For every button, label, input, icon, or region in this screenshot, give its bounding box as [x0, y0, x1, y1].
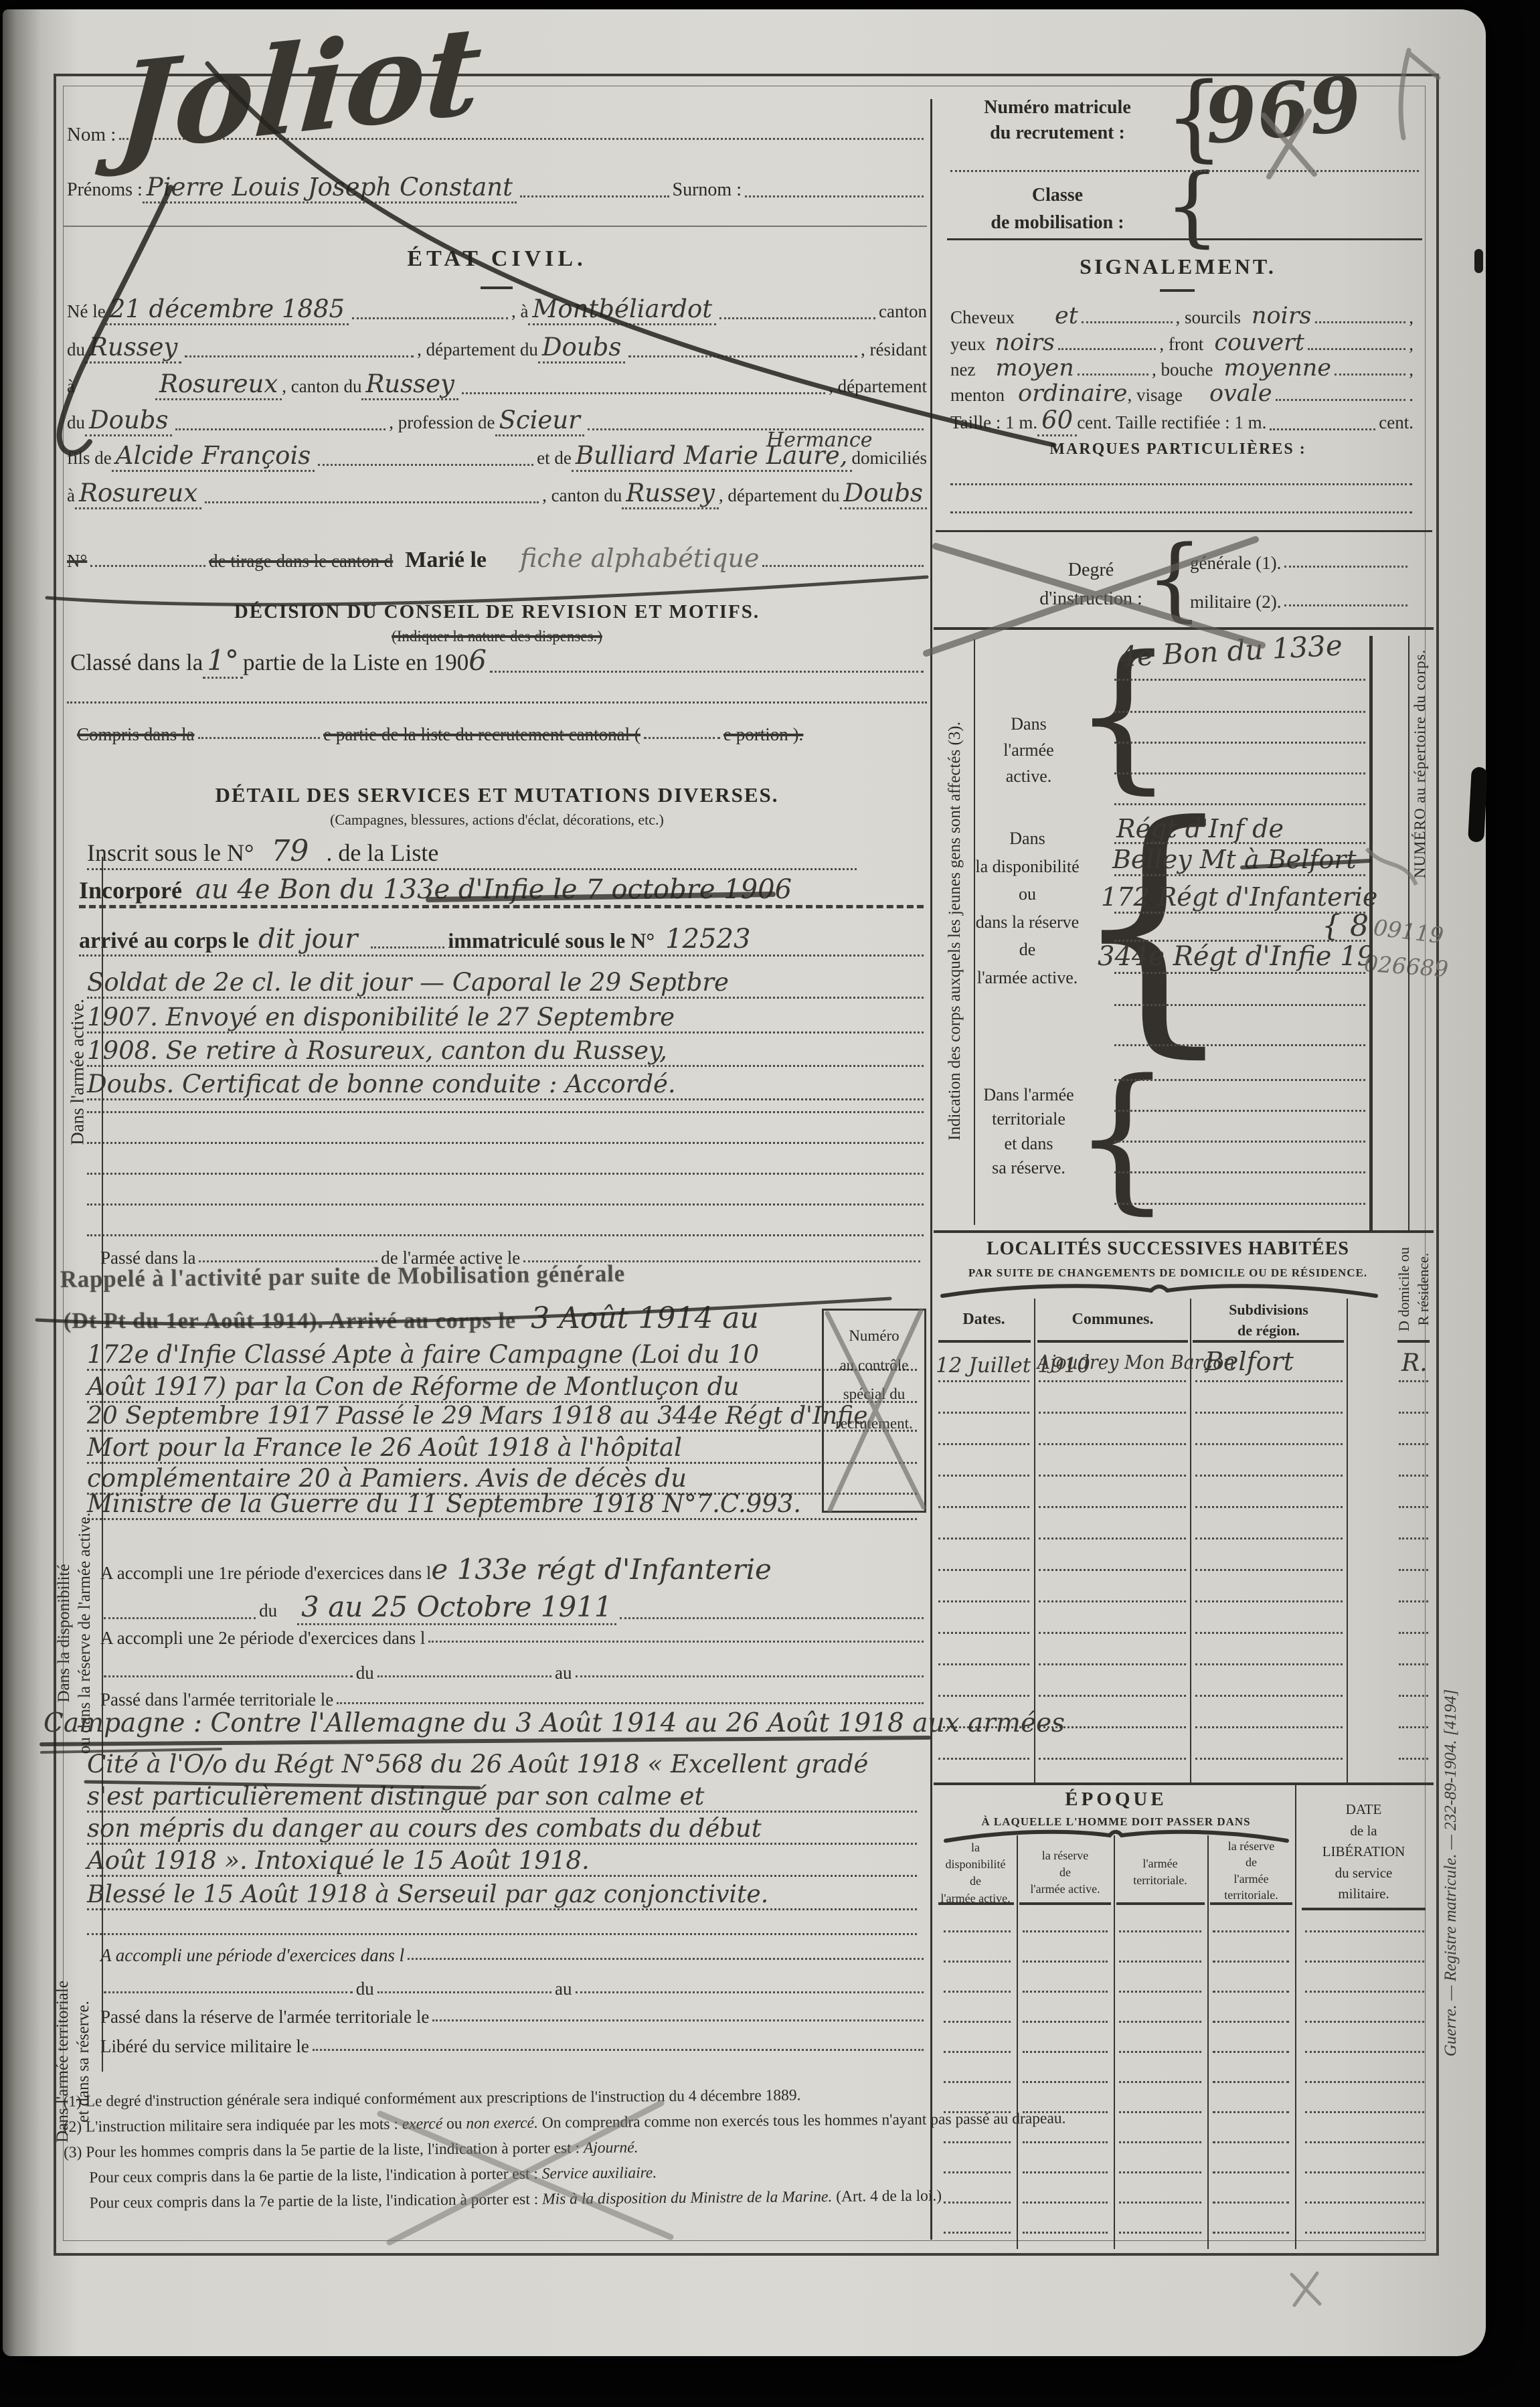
text: Service auxiliaire. [542, 2164, 657, 2182]
father-name: Alcide François [112, 441, 315, 472]
comma: , [1409, 334, 1414, 355]
periode2-dates-row: du au [100, 1663, 927, 1683]
dotted-rule [90, 562, 205, 567]
dotted-rule [104, 1614, 256, 1619]
text: non exercé. [466, 2114, 538, 2133]
mobilisation-stamp: Rappelé à l'activité par suite de Mobili… [60, 1259, 625, 1293]
rule [102, 857, 103, 2072]
dotted-rule [1023, 2051, 1108, 2053]
title-dash [1160, 289, 1195, 292]
incorpore-row: Incorporé au 4e Bon du 133e d'Infie le 7… [79, 874, 924, 908]
label: Passé dans la réserve de l'armée territo… [100, 2007, 429, 2027]
rule [1019, 1902, 1111, 1905]
dotted-rule [628, 353, 857, 357]
periode2-row: A accompli une 2e période d'exercices da… [100, 1628, 927, 1649]
hand-line: 20 Septembre 1917 Passé le 29 Mars 1918 … [87, 1402, 917, 1432]
signalement-title: SIGNALEMENT. [934, 254, 1422, 279]
dotted-rule [1119, 1991, 1201, 1993]
dotted-rule [1195, 1443, 1343, 1445]
dotted-rule [644, 734, 720, 739]
birth-place: Montbéliardot [528, 295, 716, 325]
epoque-subtitle: À LAQUELLE L'HOMME DOIT PASSER DANS [937, 1815, 1295, 1829]
flat-brace-ornament [938, 1281, 1380, 1299]
dotted-rule [1284, 602, 1407, 606]
liste-partie-value: 1° [203, 644, 243, 679]
dotted-rule [1114, 1079, 1365, 1081]
dotted-rule [1213, 2111, 1289, 2113]
localites-title: LOCALITÉS SUCCESSIVES HABITÉES [937, 1238, 1399, 1260]
dotted-rule [87, 1933, 917, 1935]
rule [938, 1340, 1031, 1343]
label: immatriculé sous le N° [448, 928, 655, 953]
dotted-rule [944, 2202, 1011, 2204]
label: , profession de [389, 412, 495, 433]
periode3-dates-row: du au [100, 1979, 927, 1999]
dotted-rule [87, 1234, 924, 1236]
brace: { [1322, 909, 1341, 943]
bouche-label: , bouche [1152, 359, 1213, 380]
decision-title: DÉCISION DU CONSEIL DE REVISION ET MOTIF… [67, 601, 927, 623]
dotted-rule [1114, 972, 1365, 974]
dotted-rule [938, 1475, 1029, 1477]
decision-subtitle: (Indiquer la nature des dispenses.) [67, 628, 927, 645]
dotted-rule [1335, 371, 1405, 376]
matricule-value: 969 [1201, 60, 1365, 161]
dotted-rule [87, 1173, 924, 1175]
dotted-rule [1305, 2141, 1424, 2143]
campagne-line: Campagne : Contre l'Allemagne du 3 Août … [44, 1708, 1065, 1738]
dotted-rule [1114, 711, 1365, 713]
citation-line: s'est particulièrement distingué par son… [87, 1782, 917, 1813]
dotted-rule [944, 2171, 1011, 2173]
dotted-rule [944, 2021, 1011, 2023]
dotted-rule [1195, 1632, 1343, 1634]
dotted-rule [944, 2141, 1011, 2143]
value: 8 [1350, 909, 1369, 943]
ec-line-3: à Rosureux , canton du Russey , départem… [67, 369, 927, 400]
dotted-rule [87, 1142, 924, 1144]
dotted-rule [1058, 345, 1156, 350]
militaire-label: militaire (2). [1190, 592, 1281, 612]
dotted-rule [938, 1600, 1029, 1602]
dotted-rule [1114, 912, 1365, 914]
corps-dispo-value-1: Régt d'Inf de [1116, 814, 1284, 843]
label: Dans la disponibilité [55, 1564, 73, 1703]
bouche-value: moyenne [1223, 355, 1331, 382]
ec-line-1: Né le 21 décembre 1885 , à Montbéliardot… [67, 295, 927, 325]
printer-imprint-vertical: Guerre. — Registre matricule. — 232-89-1… [1442, 1505, 1460, 2241]
arrivee-value: dit jour [258, 924, 358, 954]
rule [1295, 1782, 1296, 2249]
comma: , [1409, 307, 1414, 328]
dotted-rule [1119, 2171, 1201, 2173]
dotted-rule [1114, 874, 1365, 876]
dotted-rule [1114, 940, 1365, 942]
dotted-rule [944, 1991, 1011, 1993]
rule [934, 1782, 1434, 1785]
rappel-date-value: 3 Août 1914 au [531, 1301, 759, 1335]
label: e portion ). [723, 724, 803, 745]
marie-label: Marié le [405, 548, 487, 573]
dotted-rule [944, 2051, 1011, 2053]
matricule-label: Numéro matricule du recrutement : [954, 95, 1161, 146]
periode1-dates-row: du 3 au 25 Octobre 1911 [100, 1590, 927, 1625]
periode3-row: A accompli une période d'exercices dans … [100, 1945, 927, 1966]
label: du [67, 412, 85, 433]
dotted-rule [1213, 2141, 1289, 2143]
dotted-rule [1195, 1475, 1343, 1477]
label: et de [537, 448, 572, 469]
dotted-rule [1213, 1991, 1289, 1993]
sourcils-label: , sourcils [1176, 307, 1242, 328]
dotted-rule [1284, 563, 1407, 568]
ec-line-2: du Russey , département du Doubs , résid… [67, 333, 927, 363]
text: Pour ceux compris dans la 6e partie de l… [89, 2165, 542, 2187]
departement-value: Doubs [840, 479, 927, 509]
passe-territoriale-row: Passé dans l'armée territoriale le [100, 1689, 927, 1710]
yeux-label: yeux [950, 334, 985, 355]
localites-subtitle: PAR SUITE DE CHANGEMENTS DE DOMICILE OU … [937, 1266, 1399, 1280]
dotted-rule [1213, 1930, 1289, 1932]
dotted-rule [944, 2081, 1011, 2083]
dotted-rule [1305, 2111, 1424, 2113]
dotted-rule [1399, 1600, 1428, 1602]
rule [1207, 1835, 1209, 2249]
dotted-rule [1308, 345, 1405, 350]
citation-line: Cité à l'O/o du Régt N°568 du 26 Août 19… [87, 1750, 868, 1778]
taille-label: Taille : 1 m. [950, 412, 1037, 433]
dotted-rule [104, 1989, 353, 1993]
front-value: couvert [1214, 329, 1304, 356]
cent-label: cent. [1379, 412, 1414, 433]
label: Libéré du service militaire le [100, 2036, 309, 2057]
dotted-rule [377, 1989, 551, 1993]
dotted-rule [938, 1412, 1029, 1414]
citation-line: Août 1918 ». Intoxiqué le 15 Août 1918. [87, 1846, 917, 1877]
dotted-rule [1399, 1726, 1428, 1728]
liste-numero-value: 79 [271, 834, 309, 868]
numero-repertoire-vertical-label: NUMÉRO au répertoire du corps. [1411, 623, 1429, 904]
front-label: , front [1159, 334, 1203, 355]
epoque-col1-header: la disponibilité de l'armée active. [937, 1839, 1014, 1907]
dotted-rule [938, 1380, 1029, 1382]
dotted-rule [938, 1695, 1029, 1697]
corps-dispo-value-2: Belley Mt à Belfort [1112, 845, 1357, 874]
hand-line: Ministre de la Guerre du 11 Septembre 19… [87, 1489, 917, 1520]
rule [974, 639, 975, 1225]
dotted-rule [1119, 2051, 1201, 2053]
dotted-rule [1039, 1663, 1186, 1665]
dotted-rule [1315, 319, 1406, 323]
dotted-rule [520, 193, 669, 197]
dotted-rule [1305, 1961, 1424, 1963]
blessure-line: Blessé le 15 Août 1918 à Serseuil par ga… [87, 1881, 917, 1910]
col-dates-header: Dates. [937, 1311, 1031, 1329]
dotted-rule [1305, 2051, 1424, 2053]
hand-line: Mort pour la France le 26 Août 1918 à l'… [87, 1433, 917, 1464]
libere-row: Libéré du service militaire le [100, 2036, 927, 2057]
dotted-rule [318, 461, 533, 466]
dotted-rule [950, 483, 1412, 485]
canton-value: Russey [85, 333, 181, 363]
dotted-rule [408, 1955, 924, 1960]
rule [1302, 1908, 1426, 1910]
dotted-rule [1213, 1961, 1289, 1963]
rule [1397, 1340, 1430, 1343]
dotted-rule [1023, 2021, 1108, 2023]
surnom-label: Surnom : [673, 179, 742, 201]
dotted-rule [1195, 1758, 1343, 1760]
label: . de la Liste [326, 839, 438, 867]
text: ou [442, 2115, 466, 2133]
dotted-rule [1119, 2202, 1201, 2204]
dotted-rule [1399, 1569, 1428, 1571]
text: Pour ceux compris dans la 7e partie de l… [90, 2191, 543, 2212]
citation-line: son mépris du danger au cours des combat… [87, 1814, 917, 1845]
dotted-rule [1399, 1443, 1428, 1445]
rule [1369, 636, 1373, 1230]
ec-line-6: à Rosureux , canton du Russey , départem… [67, 479, 927, 509]
dotted-rule [1039, 1695, 1186, 1697]
dotted-rule [1195, 1726, 1343, 1728]
hand-line: 172e d'Infie Classé Apte à faire Campagn… [87, 1340, 917, 1371]
label: e partie de la liste du recrutement cant… [323, 724, 640, 745]
label: Inscrit sous le N° [87, 839, 254, 867]
dotted-rule [185, 353, 414, 357]
dotted-rule [104, 1673, 353, 1677]
margin-disponibilite-label: Dans la disponibilitéou dans la réserve … [54, 1446, 96, 1821]
dotted-rule [428, 1638, 924, 1643]
departement-value: Doubs [538, 333, 625, 363]
dotted-rule [1399, 1475, 1428, 1477]
dotted-rule [1305, 2021, 1424, 2023]
dotted-rule [1114, 803, 1365, 805]
corps-active-label: Dans l'armée active. [978, 711, 1079, 789]
dotted-rule [1305, 2171, 1424, 2173]
dotted-rule [432, 2017, 924, 2021]
dotted-rule [1119, 2081, 1201, 2083]
taille-rectifiee-label: cent. Taille rectifiée : 1 m. [1077, 412, 1266, 433]
dotted-rule [1213, 2171, 1289, 2173]
nom-label: Nom : [67, 124, 116, 146]
label: A accompli une 1re période d'exercices d… [100, 1563, 431, 1584]
residence-value: Rosureux [155, 369, 282, 400]
dotted-rule [762, 562, 924, 567]
dotted-rule [1119, 2141, 1201, 2143]
corps-dispo-value-5: 344e Régt d'Infie 19 [1098, 941, 1374, 972]
dotted-rule [745, 193, 924, 197]
hand-line: Doubs. Certificat de bonne conduite : Ac… [87, 1070, 924, 1100]
dotted-rule [1114, 1171, 1365, 1173]
dotted-rule [1195, 1506, 1343, 1508]
liste-annee-value: 6 [468, 644, 487, 677]
periode1-dates-value: 3 au 25 Octobre 1911 [297, 1590, 616, 1625]
dotted-rule [944, 2111, 1011, 2113]
dotted-rule [1023, 1930, 1108, 1932]
dotted-rule [1023, 2171, 1108, 2173]
dotted-rule [1119, 2021, 1201, 2023]
dotted-rule [1114, 1203, 1365, 1205]
dotted-rule [205, 499, 539, 503]
dotted-rule [1023, 2081, 1108, 2083]
dotted-rule [1039, 1443, 1186, 1445]
dotted-rule [950, 511, 1412, 513]
dotted-rule [1114, 1110, 1365, 1112]
tirage-row: N° de tirage dans le canton d Marié le f… [67, 544, 927, 573]
dotted-rule [1399, 1663, 1428, 1665]
rule [936, 530, 1432, 532]
rule [1210, 1902, 1292, 1905]
label: partie de la Liste en 190 [243, 649, 468, 676]
dotted-rule [1119, 2232, 1201, 2234]
rule [1116, 1902, 1205, 1905]
rule [1190, 1299, 1191, 1782]
degre-generale-row: générale (1). [1190, 553, 1411, 574]
rappel-row: (Dt Pt du 1er Août 1914). Arrivé au corp… [64, 1301, 927, 1335]
prenoms-label: Prénoms : [67, 179, 143, 201]
prenoms-value: Pierre Louis Joseph Constant [143, 173, 517, 203]
rule [934, 1230, 1434, 1233]
nez-label: nez [950, 359, 975, 380]
dotted-rule [1114, 1004, 1365, 1006]
dotted-rule [1023, 1991, 1108, 1993]
tirage-label: de tirage dans le canton d [209, 551, 393, 572]
rule [1347, 1299, 1348, 1782]
mother-name-2: Hermance [766, 428, 872, 452]
brace: { [1072, 1071, 1173, 1205]
brace: { [1165, 169, 1220, 243]
text: (3) Pour les hommes compris dans la 5e p… [64, 2139, 584, 2161]
du-label: du [259, 1600, 277, 1621]
label: A accompli une période d'exercices dans … [100, 1945, 404, 1966]
dotted-rule [490, 668, 924, 673]
marques-title: MARQUES PARTICULIÈRES : [934, 440, 1422, 459]
matricule-corps-value: 12523 [665, 924, 750, 954]
numero-tirage-label: N° [67, 551, 87, 572]
title-dash [481, 286, 513, 289]
dotted-rule [1213, 2021, 1289, 2023]
dotted-rule [938, 1443, 1029, 1445]
dotted-rule [1119, 1930, 1201, 1932]
au-label: au [555, 1663, 572, 1683]
sig-row-2: yeux noirs , front couvert , [950, 329, 1414, 356]
label: à [67, 376, 75, 397]
dotted-rule [1305, 2232, 1424, 2234]
rule [1017, 1835, 1018, 2249]
dotted-rule [1305, 1991, 1424, 1993]
corps-vertical-label: Indication des corps auxquels les jeunes… [946, 630, 964, 1232]
dotted-rule [1270, 426, 1375, 430]
etat-civil-title: ÉTAT CIVIL. [67, 246, 927, 272]
corps-dispo-label: Dans la disponibilité ou dans la réserve… [974, 825, 1081, 992]
dotted-rule [1039, 1758, 1186, 1760]
visage-value: ovale [1209, 380, 1272, 407]
nez-value: moyen [995, 355, 1074, 382]
dotted-rule [377, 1673, 551, 1677]
dotted-rule [1114, 742, 1365, 744]
dotted-rule [938, 1569, 1029, 1571]
rule [1408, 636, 1409, 1230]
birth-date: 21 décembre 1885 [106, 295, 349, 325]
dotted-rule [944, 2232, 1011, 2234]
dotted-rule [1195, 1600, 1343, 1602]
text: (2) L'instruction militaire sera indiqué… [64, 2116, 402, 2136]
rule [934, 627, 1434, 630]
label: du [67, 339, 85, 360]
profession-value: Scieur [495, 406, 584, 436]
dotted-rule [1039, 1506, 1186, 1508]
visage-label: , visage [1127, 385, 1182, 406]
label: canton [879, 301, 927, 322]
rule [947, 238, 1422, 240]
dotted-rule [944, 1961, 1011, 1963]
margin-armee-active-label: Dans l'armée active. [68, 938, 88, 1206]
dotted-rule [313, 2046, 924, 2051]
label: A accompli une 2e période d'exercices da… [100, 1628, 425, 1649]
dotted-rule [1399, 1412, 1428, 1414]
dotted-rule [719, 315, 875, 319]
sig-row-4: menton ordinaire , visage ovale . [950, 380, 1414, 407]
hand-line: Soldat de 2e cl. le dit jour — Caporal l… [87, 968, 924, 999]
dotted-rule [938, 1663, 1029, 1665]
col-communes-header: Communes. [1041, 1311, 1185, 1329]
taille-value: 60 [1037, 406, 1077, 436]
dotted-rule [938, 1538, 1029, 1540]
label: arrivé au corps le [79, 928, 249, 954]
dotted-rule [1399, 1380, 1428, 1382]
hand-line: 1907. Envoyé en disponibilité le 27 Sept… [87, 1003, 924, 1033]
epoque-col2-header: la réserve de l'armée active. [1020, 1847, 1110, 1898]
marie-value: fiche alphabétique [520, 544, 759, 573]
dotted-rule [1213, 2081, 1289, 2083]
dotted-rule [1023, 2111, 1108, 2113]
dotted-rule [1195, 1663, 1343, 1665]
dotted-rule [1195, 1538, 1343, 1540]
services-title: DÉTAIL DES SERVICES ET MUTATIONS DIVERSE… [67, 783, 927, 807]
dotted-rule [1023, 2232, 1108, 2234]
dotted-rule [1399, 1632, 1428, 1634]
label: , canton du [542, 485, 622, 506]
text: Mis à la disposition du Ministre de la M… [542, 2188, 832, 2208]
dotted-rule [1399, 1695, 1428, 1697]
rappel-stamp: (Dt Pt du 1er Août 1914). Arrivé au corp… [64, 1309, 516, 1334]
menton-label: menton [950, 385, 1005, 406]
dotted-rule [1114, 1044, 1365, 1046]
binding-blob [1474, 249, 1483, 273]
sourcils-value: noirs [1252, 303, 1312, 329]
corps-dispo-value-4: { 8 [1322, 909, 1369, 943]
label: , canton du [282, 376, 361, 397]
dotted-rule [371, 944, 445, 948]
periode1-row: A accompli une 1re période d'exercices d… [100, 1553, 927, 1586]
rule [1037, 1340, 1188, 1343]
label: Incorporé [79, 876, 182, 904]
dotted-rule [1195, 1695, 1343, 1697]
dotted-rule [1039, 1569, 1186, 1571]
dotted-rule [1305, 2081, 1424, 2083]
dotted-rule [198, 734, 321, 739]
dotted-rule [576, 1673, 924, 1677]
dotted-rule [588, 426, 924, 430]
dotted-rule [352, 315, 508, 319]
dotted-rule [1039, 1632, 1186, 1634]
sig-row-3: nez moyen , bouche moyenne , [950, 355, 1414, 382]
canton-value: Russey [622, 479, 718, 509]
epoque-date-col-header: DATE de la LIBÉRATION du service militai… [1302, 1799, 1426, 1905]
du-label: du [356, 1663, 374, 1683]
cheveux-value: et [1055, 303, 1078, 329]
dotted-rule [1399, 1506, 1428, 1508]
